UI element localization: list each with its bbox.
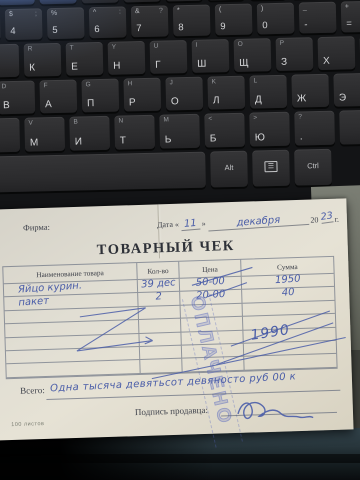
table-cell xyxy=(244,354,336,370)
function-key xyxy=(81,0,119,3)
key-label: 8 xyxy=(178,22,184,33)
function-key xyxy=(39,0,77,4)
key-Х: Х xyxy=(318,36,356,70)
key-blank xyxy=(339,110,360,145)
signature-scribble xyxy=(238,401,313,420)
key-6: ^:6 xyxy=(89,6,127,38)
key-cyrillic-label: Е xyxy=(71,61,78,72)
key-cyrillic-label: Л xyxy=(213,95,220,106)
key-latin-label: N xyxy=(118,117,123,124)
key-0: )0 xyxy=(257,3,295,35)
key-latin-label: ? xyxy=(298,113,302,120)
key-latin-label: D xyxy=(2,83,7,90)
key-latin-label: O xyxy=(238,41,243,48)
key-М: VМ xyxy=(24,117,65,152)
key-latin-label: > xyxy=(253,114,257,121)
key--: _- xyxy=(299,2,337,34)
key-Ю: >Ю xyxy=(249,112,290,147)
ctrl-key-label: Ctrl xyxy=(294,161,331,171)
key-cyrillic-label: . xyxy=(300,131,303,142)
key-label: 4 xyxy=(10,26,16,37)
total-label: Всего: xyxy=(20,385,45,396)
key-А: FА xyxy=(39,80,77,114)
key-5: %5 xyxy=(47,7,85,39)
table-cell xyxy=(140,359,182,374)
alt-key-label: Alt xyxy=(210,163,247,173)
key-cyrillic-label: Э xyxy=(339,92,346,103)
key-label: 9 xyxy=(220,21,226,32)
function-key xyxy=(123,0,161,2)
key-.: ?. xyxy=(294,111,335,146)
key-В: DВ xyxy=(0,80,35,114)
handwritten-entry: 39 дес xyxy=(138,277,180,291)
key-П: GП xyxy=(81,79,119,113)
key-shift-label: ) xyxy=(261,5,264,12)
function-key-row xyxy=(0,0,360,5)
key-Ж: Ж xyxy=(291,74,329,108)
key-latin-label: T xyxy=(70,45,74,52)
key-latin-label: G xyxy=(86,81,91,88)
function-key xyxy=(0,0,35,5)
key-alt-label: ; xyxy=(35,10,37,17)
key-cyrillic-label: З xyxy=(281,57,287,68)
key-Т: NТ xyxy=(114,115,155,150)
date-quote-close: » xyxy=(202,219,206,228)
key-alt-label: ? xyxy=(159,8,163,15)
key-Ь: MЬ xyxy=(159,114,200,149)
key-shift-label: & xyxy=(135,8,140,15)
key-cyrillic-label: М xyxy=(30,137,39,148)
key-latin-label: V xyxy=(28,120,33,127)
key-latin-label: R xyxy=(28,46,33,53)
letter-key-row-upper: УRКTЕYНUГIШOЩPЗХЪ xyxy=(0,35,360,77)
key-К: RК xyxy=(24,43,62,77)
bottom-key-row: Alt ☰ Ctrl xyxy=(0,149,332,193)
key-cyrillic-label: Г xyxy=(155,60,161,71)
number-key-row: $;4%5^:6&?7*8(9)0_-+= xyxy=(0,1,360,41)
key-latin-label: M xyxy=(163,116,169,123)
key-Ш: IШ xyxy=(192,39,230,73)
key-Н: YН xyxy=(108,41,146,75)
key-cyrillic-label: А xyxy=(45,99,52,110)
ctrl-key: Ctrl xyxy=(294,149,332,186)
key-Р: HР xyxy=(123,78,161,112)
key-cyrillic-label: О xyxy=(171,96,179,107)
key-latin-label: K xyxy=(211,78,216,85)
date-suffix: г. xyxy=(334,215,339,224)
key-8: *8 xyxy=(173,4,211,36)
key-latin-label: P xyxy=(280,40,285,47)
key-З: PЗ xyxy=(276,37,314,71)
laptop-keyboard: $;4%5^:6&?7*8(9)0_-+= УRКTЕYНUГIШOЩPЗХЪ … xyxy=(0,0,360,214)
key-shift-label: ( xyxy=(219,6,222,13)
key-cyrillic-label: Р xyxy=(129,97,136,108)
key-cyrillic-label: П xyxy=(87,98,94,109)
date-month-handwritten: декабря xyxy=(207,213,308,232)
key-cyrillic-label: Д xyxy=(255,94,262,105)
key-alt-label: : xyxy=(119,8,121,15)
key-Б: <Б xyxy=(204,113,245,148)
key-cyrillic-label: Х xyxy=(323,56,330,67)
key-Э: Э xyxy=(333,73,360,107)
key-shift-label: % xyxy=(51,10,57,17)
letter-key-row-lower: CСVМBИNТMЬ<Б>Ю?. xyxy=(0,110,360,153)
key-cyrillic-label: Н xyxy=(113,61,120,72)
alt-key: Alt xyxy=(210,151,248,188)
date-quote-open: « xyxy=(175,220,179,229)
menu-key: ☰ xyxy=(252,150,290,187)
function-key xyxy=(165,0,203,1)
key-У: У xyxy=(0,44,19,78)
key-latin-label: L xyxy=(253,77,257,84)
spacebar-key xyxy=(0,152,206,193)
key-latin-label: J xyxy=(169,79,172,86)
date-line: Дата « 11 » декабря 20 23 г. xyxy=(157,214,339,232)
key-latin-label: B xyxy=(73,119,78,126)
key-9: (9 xyxy=(215,4,253,36)
key-latin-label: < xyxy=(208,115,212,122)
key-Г: UГ xyxy=(150,40,188,74)
firm-label: Фирма: xyxy=(23,222,50,233)
function-key xyxy=(207,0,245,1)
key-cyrillic-label: В xyxy=(3,100,10,111)
key-latin-label: Y xyxy=(112,44,117,51)
key-shift-label: ^ xyxy=(93,9,96,16)
key-shift-label: _ xyxy=(303,4,307,11)
receipt: Фирма: Дата « 11 » декабря 20 23 г. ТОВА… xyxy=(0,198,354,440)
date-year-handwritten: 23 xyxy=(320,210,334,224)
key-cyrillic-label: Т xyxy=(120,135,126,146)
key-label: 6 xyxy=(94,24,100,35)
date-year-prefix: 20 xyxy=(310,215,318,224)
key-Щ: OЩ xyxy=(234,38,272,72)
menu-icon: ☰ xyxy=(264,161,277,172)
key-label: 7 xyxy=(136,23,142,34)
key-latin-label: H xyxy=(127,80,132,87)
key-4: $;4 xyxy=(5,8,43,40)
key-cyrillic-label: Ж xyxy=(297,93,306,104)
key-shift-label: $ xyxy=(9,11,13,18)
key-cyrillic-label: К xyxy=(29,62,35,73)
key-latin-label: F xyxy=(44,82,48,89)
key-latin-label: U xyxy=(154,43,159,50)
key-cyrillic-label: Б xyxy=(210,133,217,144)
key-Д: LД xyxy=(249,75,287,109)
footer-note: 100 листов xyxy=(11,421,44,428)
key-С: CС xyxy=(0,118,20,153)
key-И: BИ xyxy=(69,116,110,151)
key-7: &?7 xyxy=(131,5,169,37)
letter-key-row-home: DВFАGПHРJОKЛLДЖЭ xyxy=(0,73,360,115)
key-cyrillic-label: Щ xyxy=(239,58,249,69)
date-day-handwritten: 11 xyxy=(181,218,201,232)
key-label: 0 xyxy=(262,20,268,31)
key-partial xyxy=(0,9,1,41)
photo-of-receipt-on-laptop: $;4%5^:6&?7*8(9)0_-+= УRКTЕYНUГIШOЩPЗХЪ … xyxy=(0,0,360,480)
key-cyrillic-label: Ю xyxy=(255,132,265,143)
key-cyrillic-label: И xyxy=(75,136,82,147)
key-label: - xyxy=(304,19,307,30)
key-О: JО xyxy=(165,77,203,111)
table-cell xyxy=(6,360,140,378)
key-=: += xyxy=(341,1,360,33)
key-Е: TЕ xyxy=(66,42,104,76)
key-Л: KЛ xyxy=(207,76,245,110)
key-cyrillic-label: Ь xyxy=(165,134,172,145)
key-label: 5 xyxy=(52,25,58,36)
key-latin-label: I xyxy=(196,42,198,49)
key-cyrillic-label: Ш xyxy=(197,59,206,70)
key-shift-label: + xyxy=(345,3,349,10)
key-shift-label: * xyxy=(177,7,180,14)
key-label: = xyxy=(346,18,352,29)
date-label: Дата xyxy=(157,220,173,229)
